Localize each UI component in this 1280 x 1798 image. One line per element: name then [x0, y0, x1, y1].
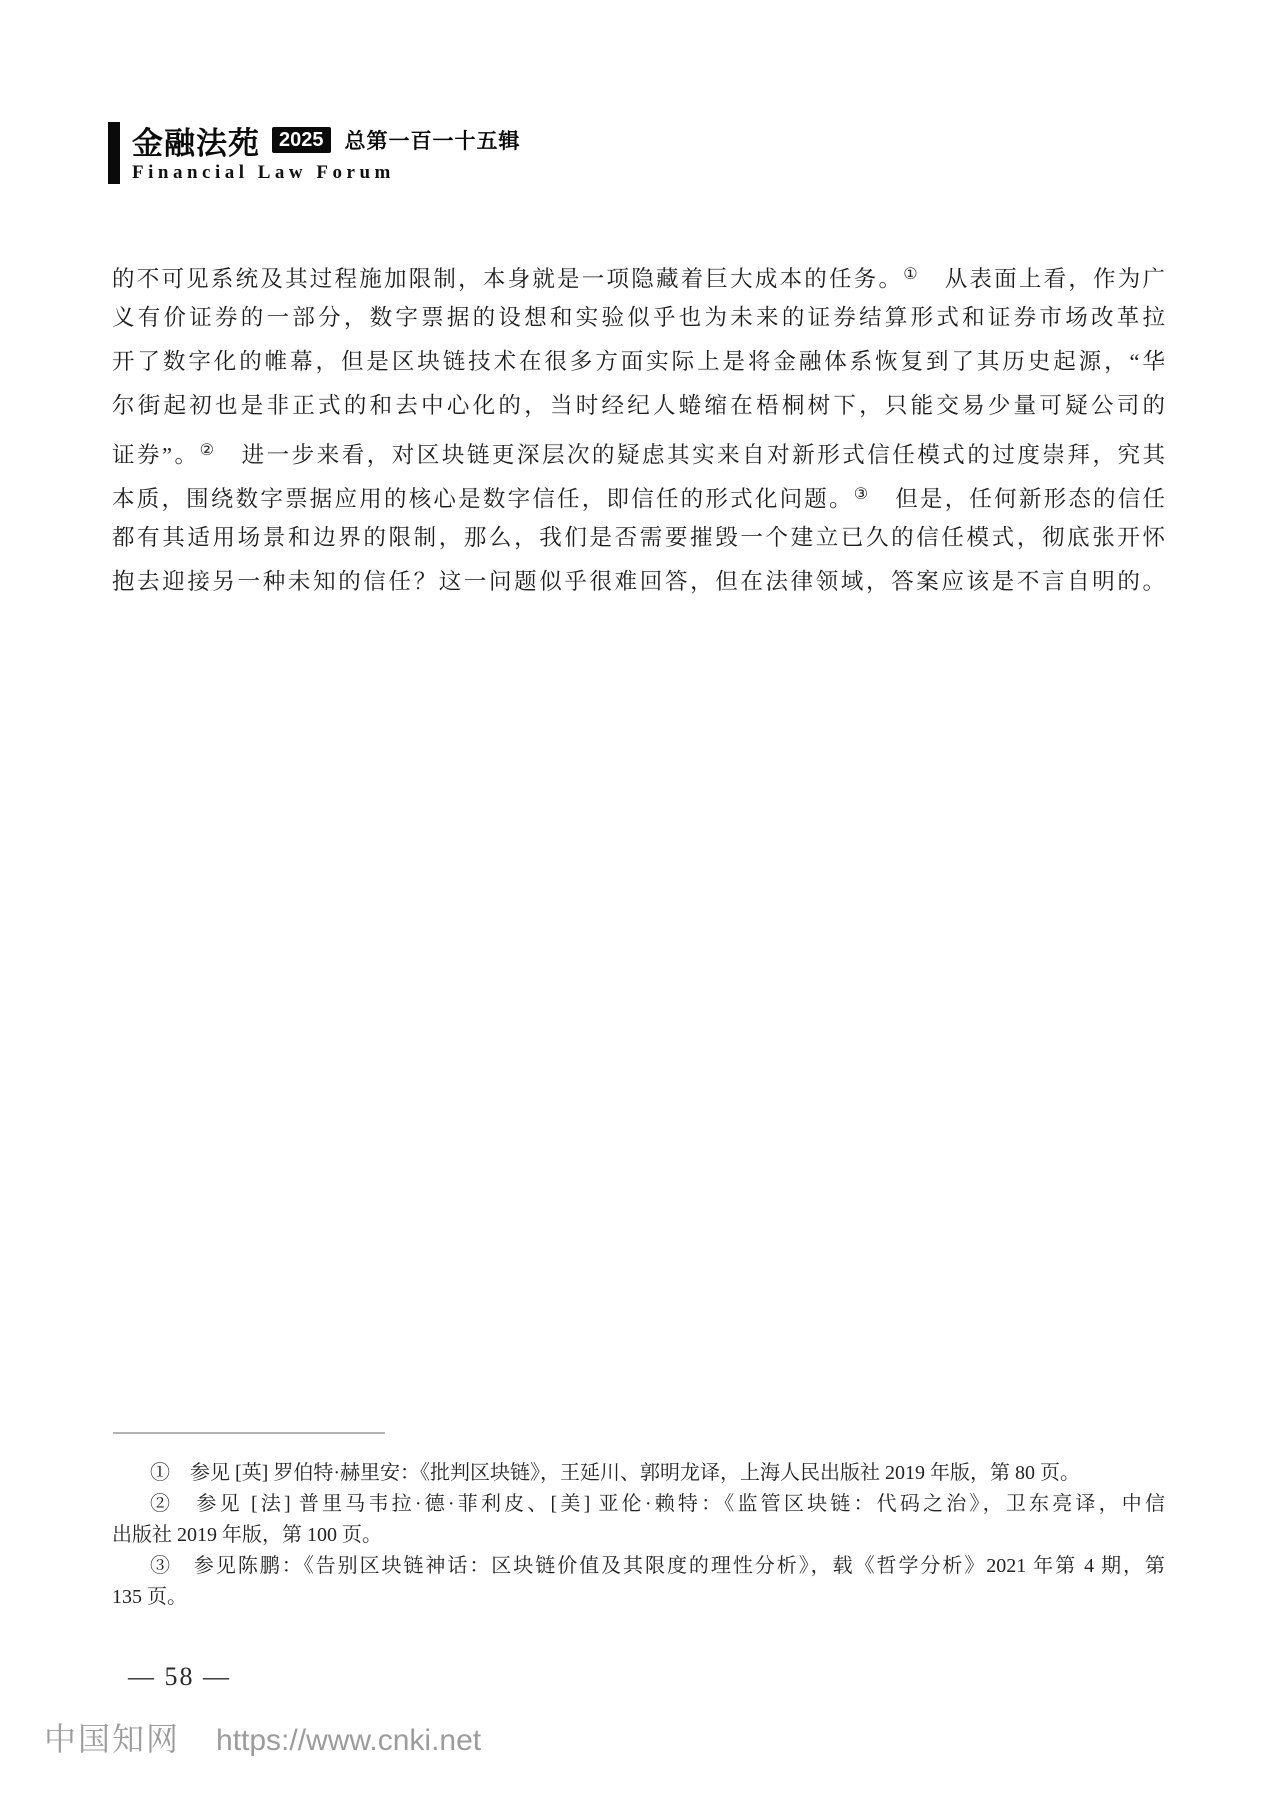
header-accent-bar [108, 122, 120, 184]
body-line-8: 抱去迎接另一种未知的信任？这一问题似乎很难回答，但在法律领域，答案应该是不言自明… [112, 560, 1165, 604]
cnki-watermark-url: https://www.cnki.net [216, 1724, 481, 1758]
footnote-3-line-2: 135 页。 [112, 1582, 1165, 1613]
body-line-4: 尔街起初也是非正式的和去中心化的，当时经纪人蜷缩在梧桐树下，只能交易少量可疑公司… [112, 384, 1165, 428]
journal-title: 金融法苑 [132, 118, 260, 163]
body-line-2: 义有价证券的一部分，数字票据的设想和实验似乎也为未来的证券结算形式和证券市场改革… [112, 296, 1165, 340]
year-badge: 2025 [272, 127, 331, 153]
header-text-block: 金融法苑 2025 总第一百一十五辑 Financial Law Forum [132, 122, 521, 184]
footnote-2-line-2: 出版社 2019 年版，第 100 页。 [112, 1520, 1165, 1551]
body-line-5: 证券”。② 进一步来看，对区块链更深层次的疑虑其实来自对新形式信任模式的过度崇拜… [112, 428, 1165, 472]
header-title-row: 金融法苑 2025 总第一百一十五辑 [132, 122, 521, 158]
footnote-separator [113, 1432, 385, 1434]
watermark-footer: 中国知网 https://www.cnki.net [44, 1714, 481, 1760]
footnote-ref-marker: ① [903, 265, 920, 283]
issue-label: 总第一百一十五辑 [345, 125, 521, 155]
body-line-7: 都有其适用场景和边界的限制，那么，我们是否需要摧毁一个建立已久的信任模式，彻底张… [112, 516, 1165, 560]
journal-header: 金融法苑 2025 总第一百一十五辑 Financial Law Forum [108, 122, 521, 184]
cnki-watermark-brand: 中国知网 [44, 1714, 180, 1760]
footnote-1-line-1: ① 参见 [英] 罗伯特·赫里安：《批判区块链》，王延川、郭明龙译，上海人民出版… [112, 1458, 1165, 1489]
article-body: 的不可见系统及其过程施加限制，本身就是一项隐藏着巨大成本的任务。① 从表面上看，… [112, 252, 1165, 604]
body-line-6: 本质，围绕数字票据应用的核心是数字信任，即信任的形式化问题。③ 但是，任何新形态… [112, 472, 1165, 516]
page-number: — 58 — [128, 1662, 231, 1692]
journal-subtitle: Financial Law Forum [132, 162, 521, 184]
footnote-ref-marker: ③ [854, 485, 871, 503]
document-page: 金融法苑 2025 总第一百一十五辑 Financial Law Forum 的… [0, 0, 1280, 1798]
footnote-3-line-1: ③ 参见陈鹏：《告别区块链神话：区块链价值及其限度的理性分析》，载《哲学分析》2… [112, 1551, 1165, 1582]
body-line-1: 的不可见系统及其过程施加限制，本身就是一项隐藏着巨大成本的任务。① 从表面上看，… [112, 252, 1165, 296]
body-line-3: 开了数字化的帷幕，但是区块链技术在很多方面实际上是将金融体系恢复到了其历史起源，… [112, 340, 1165, 384]
footnote-2-line-1: ② 参见 [法] 普里马韦拉·德·菲利皮、[美] 亚伦·赖特：《监管区块链：代码… [112, 1489, 1165, 1520]
footnote-ref-marker: ② [200, 441, 217, 459]
footnotes-section: ① 参见 [英] 罗伯特·赫里安：《批判区块链》，王延川、郭明龙译，上海人民出版… [112, 1458, 1165, 1613]
